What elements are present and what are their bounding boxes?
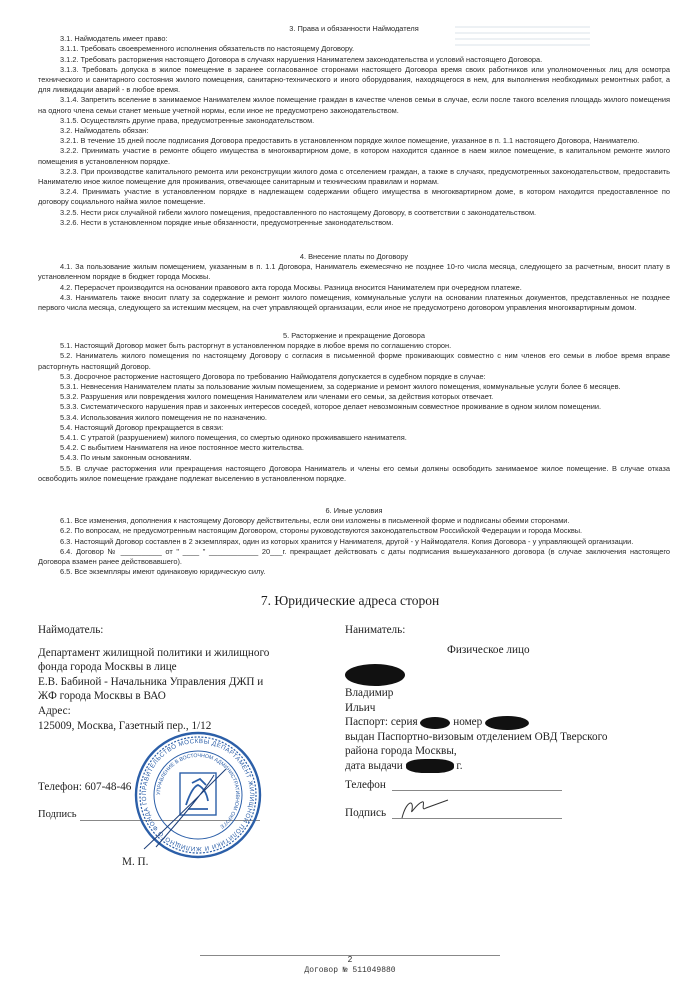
- redacted-surname: [345, 664, 405, 686]
- section-3-body: 3.1. Наймодатель имеет право:3.1.1. Треб…: [38, 34, 670, 228]
- clause: 3.1.2. Требовать расторжения настоящего …: [38, 55, 670, 65]
- page-number: 2: [0, 955, 700, 964]
- section-6-body: 6.1. Все изменения, дополнения к настоящ…: [38, 516, 670, 577]
- landlord-line-3: Е.В. Бабиной - Начальника Управления ДЖП…: [38, 675, 338, 690]
- clause: 3.1. Наймодатель имеет право:: [38, 34, 670, 44]
- tenant-phone-line: [392, 790, 562, 791]
- section-4: 4. Внесение платы по Договору 4.1. За по…: [38, 252, 670, 313]
- tenant-phone-label: Телефон: [345, 778, 386, 793]
- tenant-first-name: Владимир: [345, 686, 675, 701]
- contract-number: Договор № 511049880: [0, 966, 700, 975]
- landlord-phone: Телефон: 607-48-46: [38, 780, 131, 795]
- landlord-block: Наймодатель: Департамент жилищной полити…: [38, 623, 338, 733]
- tenant-signature-icon: [396, 796, 456, 822]
- tenant-issue-date: дата выдачи г.: [345, 759, 675, 774]
- clause: 5.5. В случае расторжения или прекращени…: [38, 464, 670, 484]
- clause: 5.4.2. С выбытием Нанимателя на иное пос…: [38, 443, 670, 453]
- clause: 5.3.3. Систематического нарушения прав и…: [38, 402, 670, 412]
- tenant-issued-by-2: района города Москвы,: [345, 744, 675, 759]
- clause: 3.1.3. Требовать допуска в жилое помещен…: [38, 65, 670, 96]
- clause: 3.1.1. Требовать своевременного исполнен…: [38, 44, 670, 54]
- stamp-inner-text: УПРАВЛЕНИЕ В ВОСТОЧНОМ АДМИНИСТРАТИВНОМ …: [156, 753, 240, 830]
- clause: 3.2.5. Нести риск случайной гибели жилог…: [38, 208, 670, 218]
- clause: 5.4.3. По иным законным основаниям.: [38, 453, 670, 463]
- clause: 3.1.4. Запретить вселение в занимаемое Н…: [38, 95, 670, 115]
- landlord-line-2: фонда города Москвы в лице: [38, 660, 338, 675]
- tenant-label: Наниматель:: [345, 623, 675, 638]
- clause: 4.1. За пользование жилым помещением, ук…: [38, 262, 670, 282]
- clause: 3.2.4. Принимать участие в установленном…: [38, 187, 670, 207]
- clause: 3.2.3. При производстве капитального рем…: [38, 167, 670, 187]
- landlord-label: Наймодатель:: [38, 623, 338, 638]
- clause: 6.1. Все изменения, дополнения к настоящ…: [38, 516, 670, 526]
- landlord-address-label: Адрес:: [38, 704, 338, 719]
- clause: 5.3.4. Использования жилого помещения не…: [38, 413, 670, 423]
- clause: 3.2.6. Нести в установленном порядке ины…: [38, 218, 670, 228]
- clause: 5.4. Настоящий Договор прекращается в св…: [38, 423, 670, 433]
- document-page: 3. Права и обязанности Наймодателя 3.1. …: [0, 0, 700, 989]
- clause: 3.2.1. В течение 15 дней после подписани…: [38, 136, 670, 146]
- landlord-signature-label: Подпись: [38, 808, 77, 823]
- clause: 5.1. Настоящий Договор может быть растор…: [38, 341, 670, 351]
- redacted-issue-date: [406, 759, 454, 773]
- landlord-line-4: ЖФ города Москвы в ВАО: [38, 689, 338, 704]
- section-6-title: 6. Иные условия: [38, 506, 670, 516]
- clause: 5.4.1. С утратой (разрушением) жилого по…: [38, 433, 670, 443]
- official-stamp-icon: ПРАВИТЕЛЬСТВО МОСКВЫ ДЕПАРТАМЕНТ ЖИЛИЩНО…: [134, 731, 262, 859]
- svg-text:УПРАВЛЕНИЕ В ВОСТОЧНОМ АДМИНИС: УПРАВЛЕНИЕ В ВОСТОЧНОМ АДМИНИСТРАТИВНОМ …: [156, 753, 240, 830]
- clause: 6.5. Все экземпляры имеют одинаковую юри…: [38, 567, 670, 577]
- clause: 3.1.5. Осуществлять другие права, предус…: [38, 116, 670, 126]
- redacted-passport-number: [485, 716, 529, 730]
- clause: 6.2. По вопросам, не предусмотренным нас…: [38, 526, 670, 536]
- tenant-signature-label: Подпись: [345, 806, 386, 821]
- clause: 6.3. Настоящий Договор составлен в 2 экз…: [38, 537, 670, 547]
- clause: 3.2.2. Принимать участие в ремонте общег…: [38, 146, 670, 166]
- tenant-passport: Паспорт: серия номер: [345, 715, 675, 730]
- landlord-line-1: Департамент жилищной политики и жилищног…: [38, 646, 338, 661]
- clause: 3.2. Наймодатель обязан:: [38, 126, 670, 136]
- tenant-details: Владимир Ильич Паспорт: серия номер выда…: [345, 686, 675, 774]
- section-6: 6. Иные условия 6.1. Все изменения, допо…: [38, 506, 670, 577]
- clause: 4.2. Перерасчет производится на основани…: [38, 283, 670, 293]
- tenant-issued-by-1: выдан Паспортно-визовым отделением ОВД Т…: [345, 730, 675, 745]
- redacted-passport-series: [420, 717, 450, 729]
- section-5-title: 5. Расторжение и прекращение Договора: [38, 331, 670, 341]
- clause: 4.3. Наниматель также вносит плату за со…: [38, 293, 670, 313]
- clause: 5.3.1. Невнесения Нанимателем платы за п…: [38, 382, 670, 392]
- tenant-type: Физическое лицо: [345, 643, 675, 658]
- section-4-body: 4.1. За пользование жилым помещением, ук…: [38, 262, 670, 313]
- tenant-patronymic: Ильич: [345, 701, 675, 716]
- section-3-title: 3. Права и обязанности Наймодателя: [38, 24, 670, 34]
- section-4-title: 4. Внесение платы по Договору: [38, 252, 670, 262]
- section-3: 3. Права и обязанности Наймодателя 3.1. …: [38, 24, 670, 228]
- clause: 5.3.2. Разрушения или повреждения жилого…: [38, 392, 670, 402]
- tenant-block: Наниматель: Физическое лицо: [345, 623, 675, 657]
- section-5-body: 5.1. Настоящий Договор может быть растор…: [38, 341, 670, 484]
- section-7-title: 7. Юридические адреса сторон: [0, 593, 700, 609]
- section-5: 5. Расторжение и прекращение Договора 5.…: [38, 331, 670, 484]
- clause: 5.2. Наниматель жилого помещения по наст…: [38, 351, 670, 371]
- clause: 6.4. Договор № __________ от " ____ " __…: [38, 547, 670, 567]
- clause: 5.3. Досрочное расторжение настоящего До…: [38, 372, 670, 382]
